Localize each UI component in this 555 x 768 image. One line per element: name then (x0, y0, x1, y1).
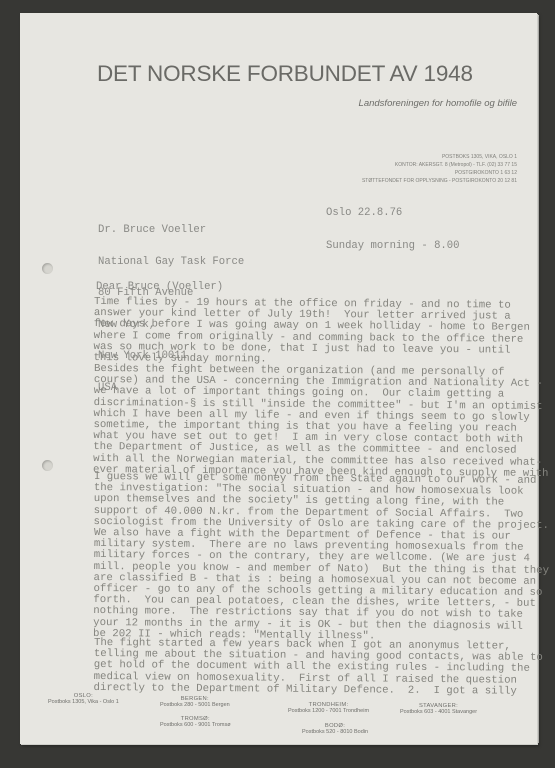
punch-hole-upper (42, 263, 53, 274)
office-stavanger: STAVANGER: Postboks 603 - 4001 Stavanger (400, 703, 477, 715)
letter-page: DET NORSKE FORBUNDET AV 1948 Landsforeni… (20, 13, 537, 744)
letterhead-title: DET NORSKE FORBUNDET AV 1948 (97, 61, 473, 87)
office-oslo: OSLO: Postboks 1305, Vika - Oslo 1 (48, 693, 119, 705)
contact-line: STØTTEFONDET FOR OPPLYSNING - POSTGIROKO… (362, 177, 517, 185)
body-paragraph: Time flies by - 19 hours at the office o… (93, 297, 544, 368)
letterhead-contact: POSTBOKS 1305, VIKA, OSLO 1 KONTOR: AKER… (362, 153, 517, 185)
address-line: Dr. Bruce Voeller (98, 225, 244, 236)
office-address: Postboks 520 - 8010 Bodin (302, 729, 368, 735)
office-address: Postboks 603 - 4001 Stavanger (400, 709, 477, 715)
contact-line: KONTOR: AKERSGT. 8 (Metropol) - TLF. (02… (362, 161, 517, 169)
body-paragraph: Besides the fight between the organizati… (93, 364, 544, 480)
office-bergen: BERGEN: Postboks 280 - 5001 Bergen (160, 696, 230, 708)
letterhead-subtitle: Landsforeningen for homofile og bifile (359, 98, 517, 109)
office-address: Postboks 600 - 9001 Tromsø (160, 722, 231, 728)
letterhead-footer: OSLO: Postboks 1305, Vika - Oslo 1 BERGE… (20, 678, 537, 738)
punch-hole-lower (42, 460, 53, 471)
salutation: Dear Bruce (Voeller) (96, 282, 223, 293)
address-line: National Gay Task Force (98, 257, 244, 268)
body-paragraph: We also have a fight with the Department… (93, 528, 544, 644)
office-trondheim: TRONDHEIM: Postboks 1200 - 7001 Trondhei… (288, 702, 369, 714)
office-address: Postboks 280 - 5001 Bergen (160, 702, 230, 708)
office-address: Postboks 1305, Vika - Oslo 1 (48, 699, 119, 705)
date-block: Oslo 22.8.76 Sunday morning - 8.00 (326, 187, 460, 273)
office-address: Postboks 1200 - 7001 Trondheim (288, 708, 369, 714)
contact-line: POSTGIROKONTO 1 63 12 (362, 169, 517, 177)
time-of-writing: Sunday morning - 8.00 (326, 241, 460, 252)
contact-line: POSTBOKS 1305, VIKA, OSLO 1 (362, 153, 517, 161)
office-tromso: TROMSØ: Postboks 600 - 9001 Tromsø (160, 716, 231, 728)
body-paragraph: I guess we will get some money from the … (94, 472, 544, 532)
place-date: Oslo 22.8.76 (326, 208, 460, 219)
office-bodo: BODØ: Postboks 520 - 8010 Bodin (302, 723, 368, 735)
